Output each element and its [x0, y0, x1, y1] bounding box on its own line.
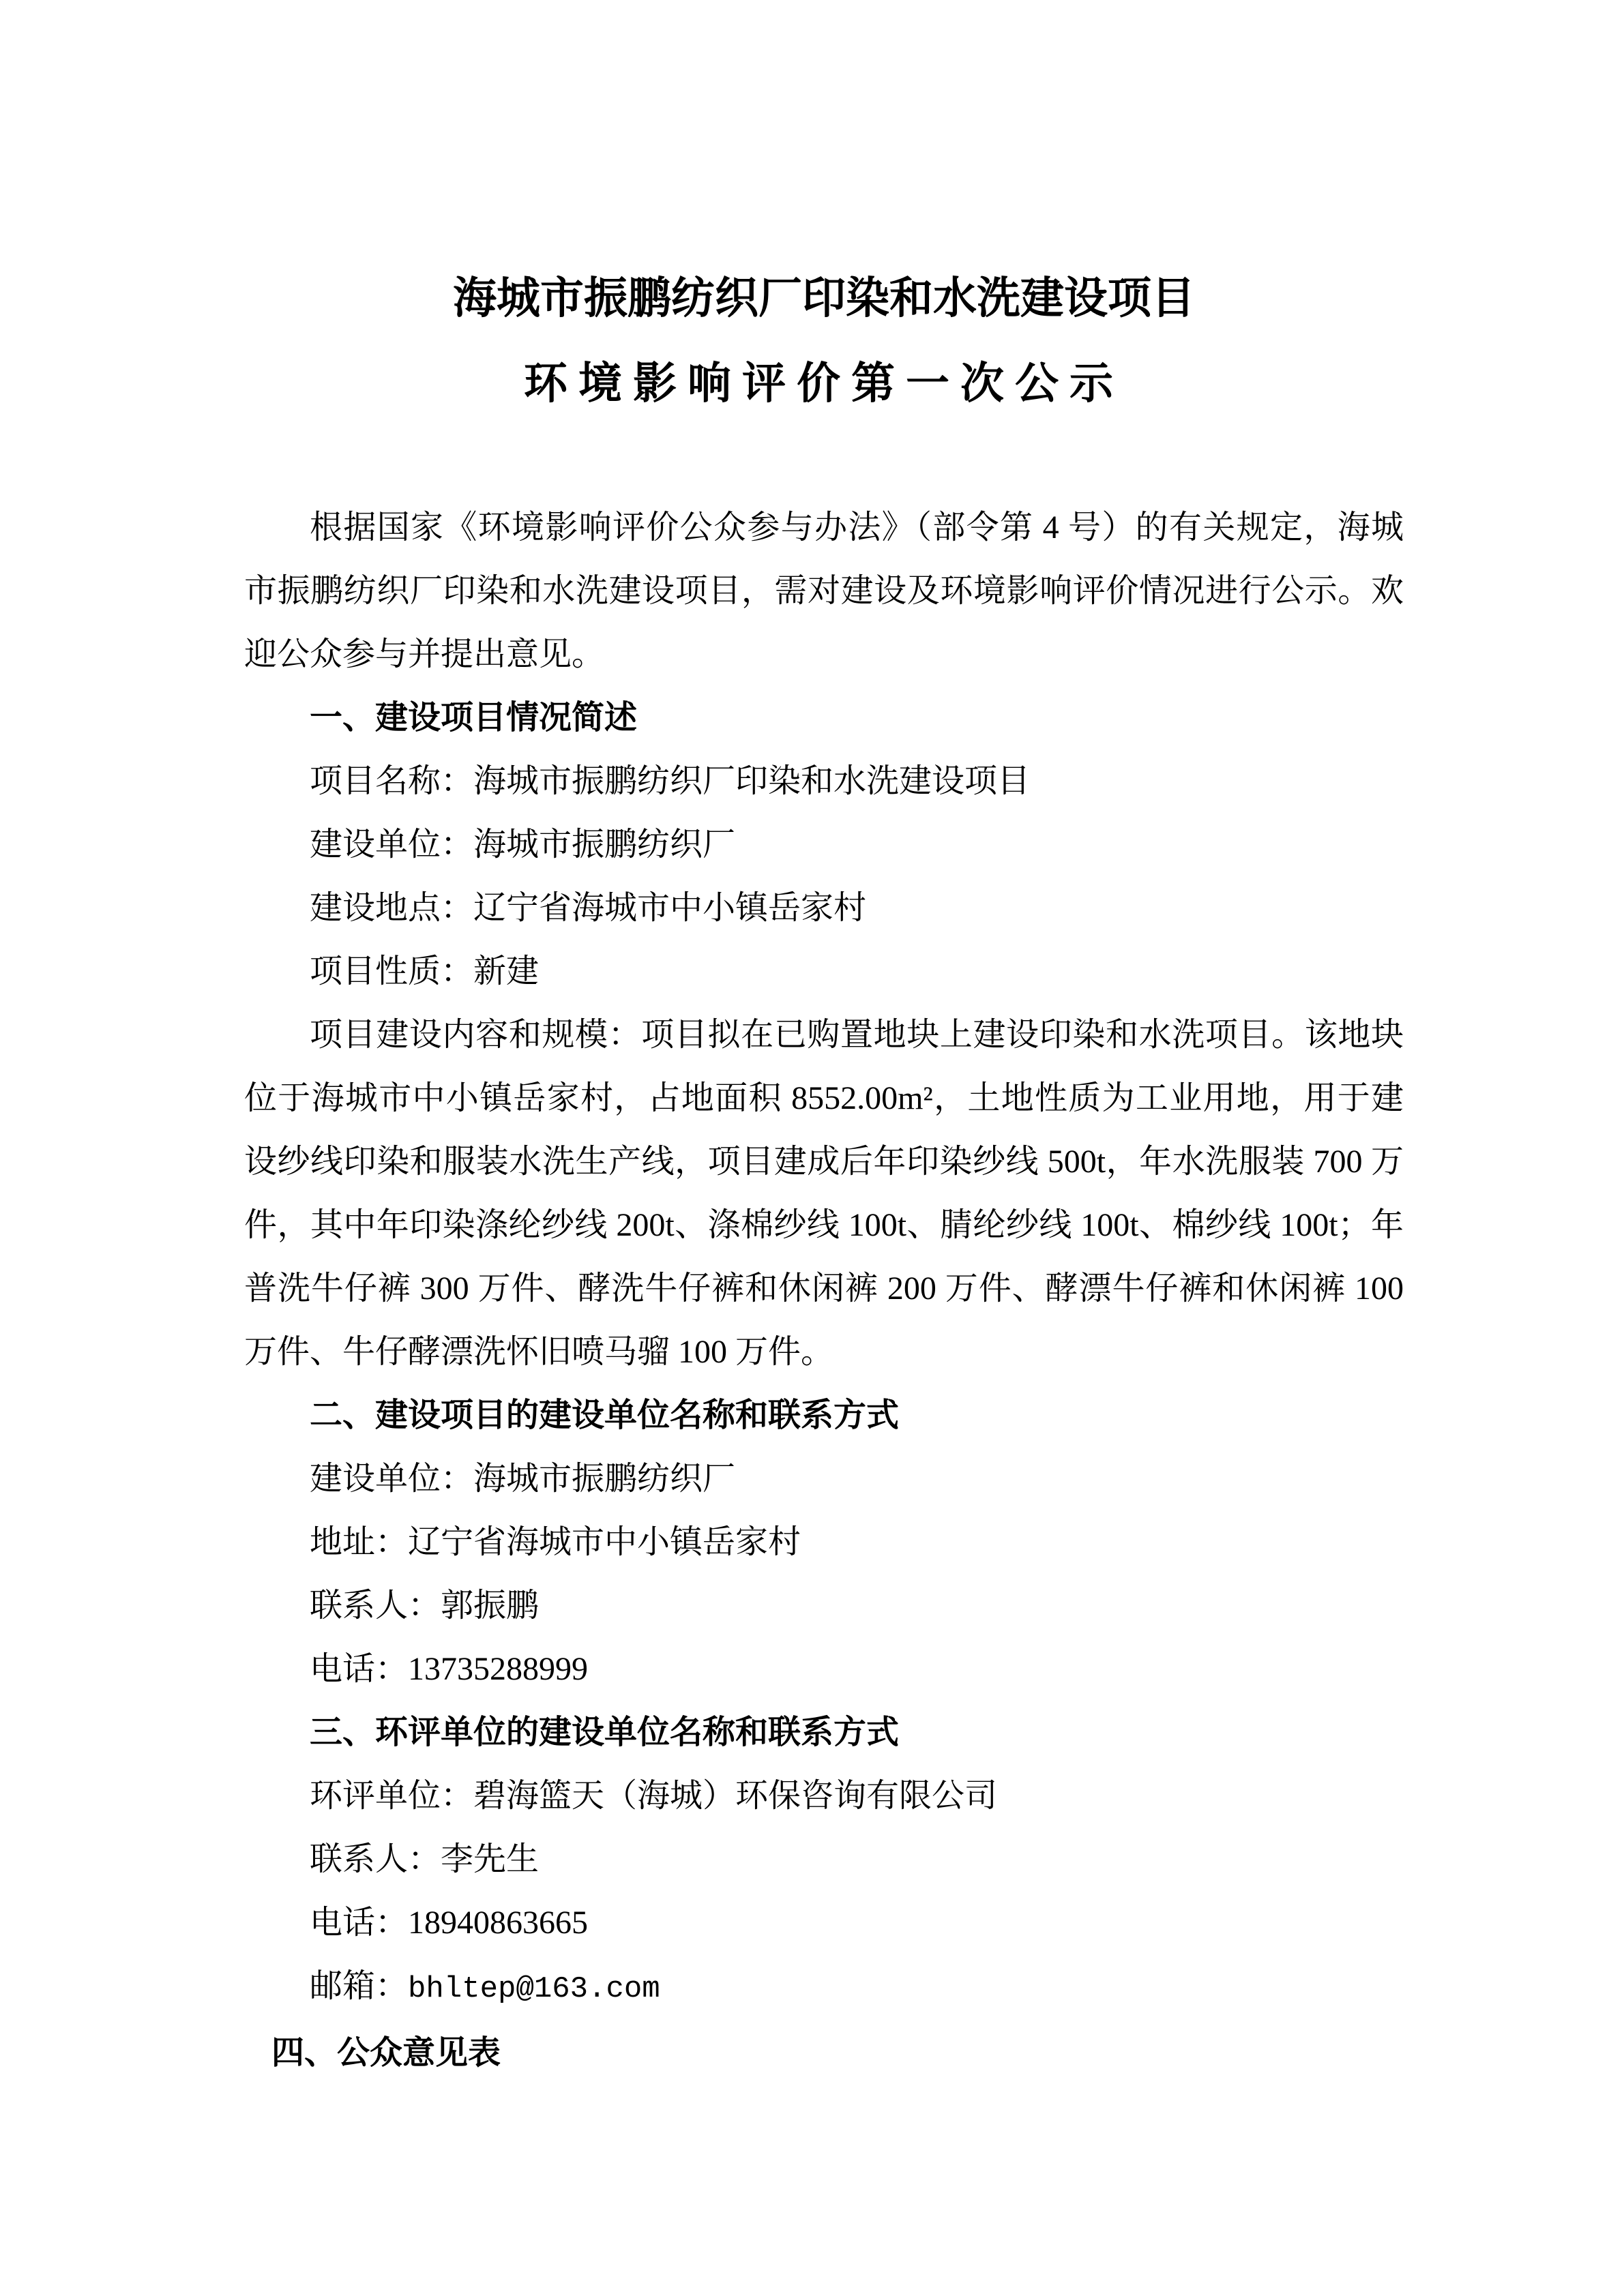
email-label: 邮箱：	[310, 1968, 408, 2004]
project-name-line: 项目名称：海城市振鹏纺织厂印染和水洗建设项目	[244, 749, 1404, 813]
section1-heading: 一、建设项目情况简述	[244, 686, 1404, 749]
section4-heading: 四、公众意见表	[244, 2021, 1404, 2085]
title-line-1: 海城市振鹏纺织厂印染和水洗建设项目	[244, 256, 1404, 341]
construction-unit-line: 建设单位：海城市振鹏纺织厂	[244, 813, 1404, 876]
section3-heading: 三、环评单位的建设单位名称和联系方式	[244, 1701, 1404, 1764]
document-page: 海城市振鹏纺织厂印染和水洗建设项目 环境影响评价第一次公示 根据国家《环境影响评…	[0, 0, 1624, 2296]
builder-unit-line: 建设单位：海城市振鹏纺织厂	[244, 1447, 1404, 1510]
title-line-2: 环境影响评价第一次公示	[244, 341, 1404, 426]
section2-heading: 二、建设项目的建设单位名称和联系方式	[244, 1384, 1404, 1447]
document-body: 根据国家《环境影响评价公众参与办法》（部令第 4 号）的有关规定，海城市振鹏纺织…	[244, 496, 1404, 2085]
email-address: bhltep@163.com	[408, 1972, 660, 2006]
project-scope-paragraph: 项目建设内容和规模：项目拟在已购置地块上建设印染和水洗项目。该地块位于海城市中小…	[244, 1003, 1404, 1384]
eia-email-line: 邮箱：bhltep@163.com	[244, 1954, 1404, 2021]
intro-paragraph: 根据国家《环境影响评价公众参与办法》（部令第 4 号）的有关规定，海城市振鹏纺织…	[244, 496, 1404, 686]
eia-phone-line: 电话：18940863665	[244, 1891, 1404, 1954]
project-nature-line: 项目性质：新建	[244, 940, 1404, 1003]
document-title: 海城市振鹏纺织厂印染和水洗建设项目 环境影响评价第一次公示	[244, 256, 1404, 426]
builder-address-line: 地址：辽宁省海城市中小镇岳家村	[244, 1510, 1404, 1574]
eia-contact-line: 联系人：李先生	[244, 1828, 1404, 1891]
builder-contact-line: 联系人：郭振鹏	[244, 1574, 1404, 1637]
eia-unit-line: 环评单位：碧海篮天（海城）环保咨询有限公司	[244, 1764, 1404, 1828]
builder-phone-line: 电话：13735288999	[244, 1637, 1404, 1701]
construction-site-line: 建设地点：辽宁省海城市中小镇岳家村	[244, 876, 1404, 940]
